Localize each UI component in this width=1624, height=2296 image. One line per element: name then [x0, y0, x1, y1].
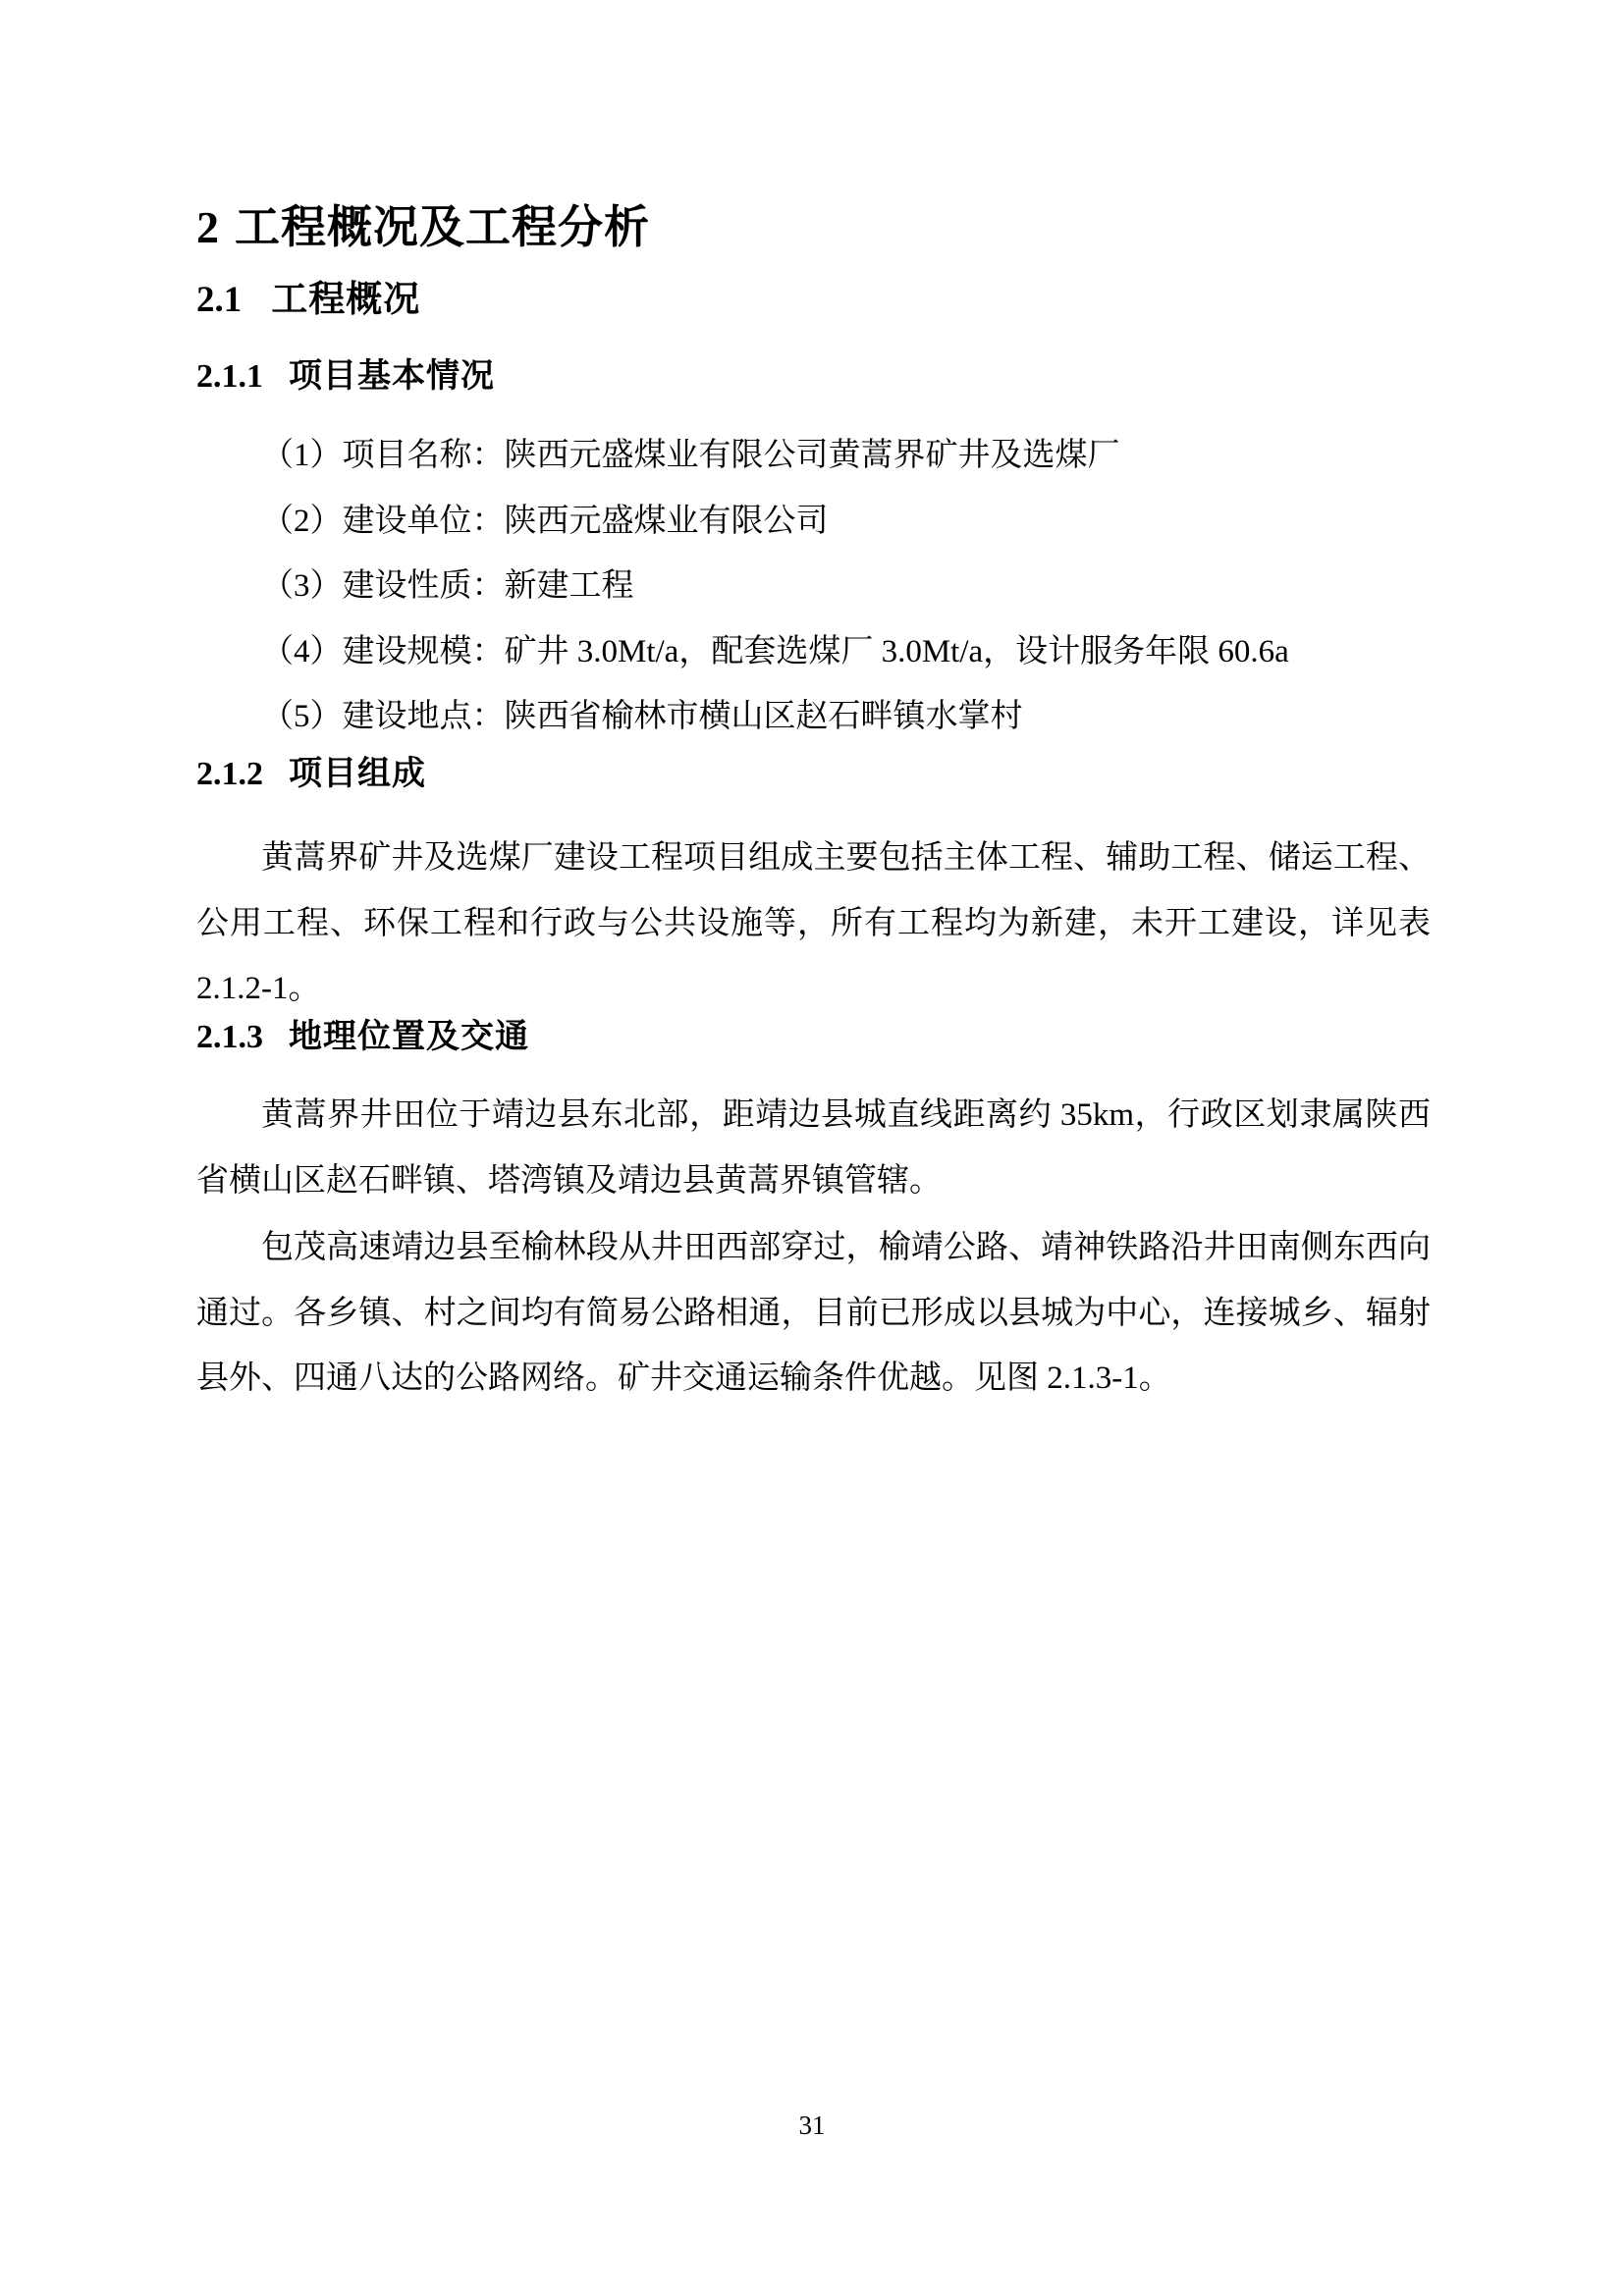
list-item: （5）建设地点：陕西省榆林市横山区赵石畔镇水掌村 — [196, 684, 1431, 750]
basic-info-list: （1）项目名称：陕西元盛煤业有限公司黄蒿界矿井及选煤厂 （2）建设单位：陕西元盛… — [196, 423, 1431, 750]
list-item: （1）项目名称：陕西元盛煤业有限公司黄蒿界矿井及选煤厂 — [196, 423, 1431, 489]
section-2-1-2-title: 项目组成 — [289, 755, 426, 792]
chapter-title: 工程概况及工程分析 — [235, 201, 650, 252]
section-heading-2-1-2: 2.1.2项目组成 — [196, 752, 1431, 796]
section-2-1-number: 2.1 — [196, 280, 242, 320]
chapter-number: 2 — [196, 202, 219, 252]
list-item: （3）建设性质：新建工程 — [196, 554, 1431, 619]
location-paragraph-2: 包茂高速靖边县至榆林段从井田西部穿过，榆靖公路、靖神铁路沿井田南侧东西向通过。各… — [196, 1215, 1431, 1412]
section-heading-2-1: 2.1工程概况 — [196, 276, 1431, 324]
section-2-1-3-title: 地理位置及交通 — [289, 1018, 529, 1055]
section-2-1-2-number: 2.1.2 — [196, 756, 263, 792]
chapter-heading: 2工程概况及工程分析 — [196, 199, 1431, 255]
section-2-1-1-title: 项目基本情况 — [289, 357, 495, 395]
list-item: （2）建设单位：陕西元盛煤业有限公司 — [196, 489, 1431, 555]
document-page: 2工程概况及工程分析 2.1工程概况 2.1.1项目基本情况 （1）项目名称：陕… — [0, 0, 1624, 2296]
section-2-1-3-number: 2.1.3 — [196, 1019, 263, 1055]
page-number: 31 — [0, 2109, 1624, 2142]
project-composition-paragraph: 黄蒿界矿井及选煤厂建设工程项目组成主要包括主体工程、辅助工程、储运工程、公用工程… — [196, 826, 1431, 1022]
list-item: （4）建设规模：矿井 3.0Mt/a，配套选煤厂 3.0Mt/a，设计服务年限 … — [196, 619, 1431, 685]
location-paragraph-1: 黄蒿界井田位于靖边县东北部，距靖边县城直线距离约 35km，行政区划隶属陕西省横… — [196, 1083, 1431, 1213]
section-heading-2-1-1: 2.1.1项目基本情况 — [196, 354, 1431, 399]
section-2-1-1-number: 2.1.1 — [196, 358, 263, 395]
section-heading-2-1-3: 2.1.3地理位置及交通 — [196, 1015, 1431, 1059]
section-2-1-title: 工程概况 — [271, 279, 420, 319]
